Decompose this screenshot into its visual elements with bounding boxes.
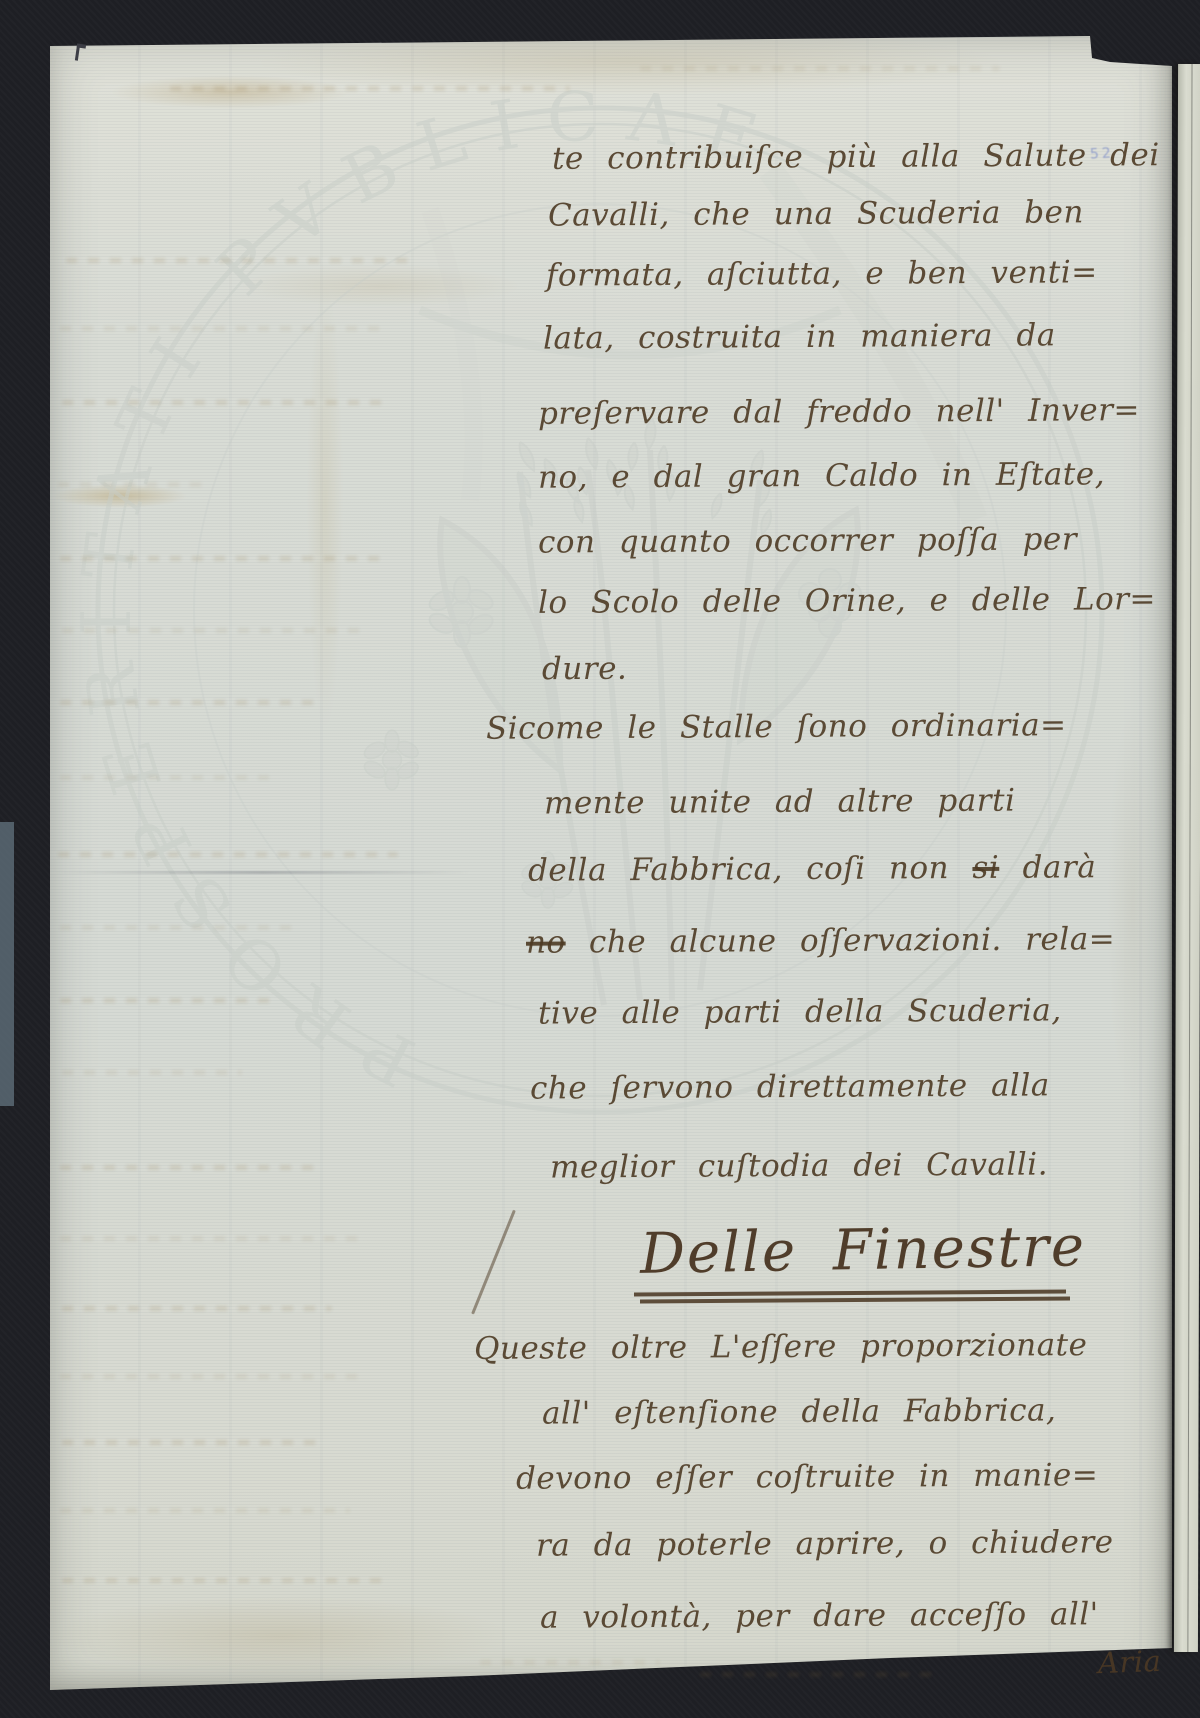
- struck-word: no: [526, 925, 566, 961]
- line-text: con quanto occorrer poſſa per: [538, 521, 1077, 560]
- manuscript-line: Sicome le Stalle ſono ordinaria=: [486, 707, 1067, 747]
- bleedthrough-mark: [62, 1070, 242, 1075]
- bleedthrough-mark: [700, 1672, 940, 1677]
- line-text: Cavalli, che una Scuderia ben: [548, 194, 1084, 233]
- bleedthrough-mark: [60, 1165, 320, 1170]
- line-text: della Fabbrica, coſi non: [528, 850, 973, 889]
- manuscript-line: te contribuiſce più alla Salute dei: [552, 137, 1160, 177]
- manuscript-line: lata, costruita in maniera da: [543, 317, 1056, 356]
- bleedthrough-mark: [60, 556, 390, 561]
- manuscript-line: a volontà, per dare acceſſo all': [540, 1596, 1099, 1635]
- manuscript-line: all' eſtenſione della Fabbrica,: [542, 1392, 1057, 1431]
- manuscript-line: mente unite ad altre parti: [544, 783, 1016, 822]
- manuscript-line: no, e dal gran Caldo in Eſtate,: [538, 456, 1105, 495]
- line-text: Sicome le Stalle ſono ordinaria=: [486, 707, 1067, 747]
- line-text: preſervare dal freddo nell' Inver=: [538, 392, 1140, 432]
- bleedthrough-mark: [62, 400, 392, 405]
- bleedthrough-mark: [62, 628, 362, 633]
- bleedthrough-mark: [60, 775, 270, 780]
- bleedthrough-mark: [60, 1236, 360, 1241]
- photograph-background: PROSPERITATI PVBLICAE: [0, 0, 1200, 1718]
- bleedthrough-mark: [170, 86, 570, 91]
- manuscript-line: Queste oltre L'eſſere proporzionate: [474, 1327, 1088, 1367]
- paper-fold-crease: [55, 871, 470, 874]
- line-text: formata, aſciutta, e ben venti=: [546, 254, 1098, 293]
- bleedthrough-mark: [62, 1306, 332, 1311]
- line-text: ra da poterle aprire, o chiudere: [536, 1524, 1114, 1564]
- line-text: no, e dal gran Caldo in Eſtate,: [538, 456, 1105, 495]
- line-text: che ſervono direttamente alla: [530, 1067, 1050, 1106]
- manuscript-line: meglior cuſtodia dei Cavalli.: [550, 1146, 1048, 1185]
- line-text: devono eſſer coſtruite in manie=: [516, 1457, 1099, 1497]
- scanner-edge-artifact: [0, 822, 14, 1106]
- line-text: lo Scolo delle Orine, e delle Lor=: [538, 581, 1156, 621]
- line-text: te contribuiſce più alla Salute dei: [552, 137, 1160, 177]
- bleedthrough-mark: [640, 66, 1000, 71]
- line-text: meglior cuſtodia dei Cavalli.: [550, 1146, 1048, 1185]
- line-text: lata, costruita in maniera da: [543, 317, 1056, 356]
- section-heading-delle-finestre: Delle Finestre: [639, 1214, 1086, 1287]
- manuscript-line: lo Scolo delle Orine, e delle Lor=: [538, 581, 1156, 621]
- line-text: all' eſtenſione della Fabbrica,: [542, 1392, 1057, 1431]
- manuscript-line: della Fabbrica, coſi non si darà: [528, 849, 1096, 888]
- bleedthrough-mark: [58, 852, 398, 857]
- bleedthrough-mark: [66, 258, 416, 263]
- line-text: dure.: [542, 651, 628, 688]
- manuscript-line: preſervare dal freddo nell' Inver=: [538, 392, 1140, 432]
- manuscript-line: devono eſſer coſtruite in manie=: [516, 1457, 1099, 1497]
- manuscript-line: no che alcune oſſervazioni. rela=: [526, 921, 1115, 961]
- manuscript-line: Cavalli, che una Scuderia ben: [548, 194, 1084, 233]
- bleedthrough-mark: [60, 326, 380, 331]
- line-text: darà: [999, 849, 1096, 886]
- manuscript-line: ra da poterle aprire, o chiudere: [536, 1524, 1114, 1564]
- line-text: Queste oltre L'eſſere proporzionate: [474, 1327, 1088, 1367]
- line-text: mente unite ad altre parti: [544, 783, 1016, 822]
- bleedthrough-mark: [60, 998, 270, 1003]
- catchword: Aria: [1097, 1644, 1162, 1680]
- manuscript-line: formata, aſciutta, e ben venti=: [546, 254, 1098, 293]
- bleedthrough-mark: [60, 1508, 350, 1513]
- line-text: tive alle parti della Scuderia,: [538, 992, 1062, 1031]
- manuscript-line: tive alle parti della Scuderia,: [538, 992, 1062, 1031]
- line-text: a volontà, per dare acceſſo all': [540, 1596, 1099, 1635]
- bleedthrough-mark: [62, 1440, 322, 1445]
- manuscript-line: con quanto occorrer poſſa per: [538, 521, 1077, 560]
- line-text: che alcune oſſervazioni. rela=: [566, 921, 1116, 960]
- bleedthrough-mark: [480, 1660, 660, 1665]
- manuscript-line: dure.: [542, 651, 628, 688]
- bleedthrough-mark: [60, 1374, 360, 1379]
- bleedthrough-mark: [60, 700, 320, 705]
- struck-word: si: [972, 850, 999, 886]
- bleedthrough-mark: [58, 482, 208, 487]
- bleedthrough-mark: [60, 925, 300, 930]
- adjacent-page-edge: [1174, 64, 1200, 1652]
- manuscript-line: che ſervono direttamente alla: [530, 1067, 1050, 1106]
- bleedthrough-mark: [62, 1578, 392, 1583]
